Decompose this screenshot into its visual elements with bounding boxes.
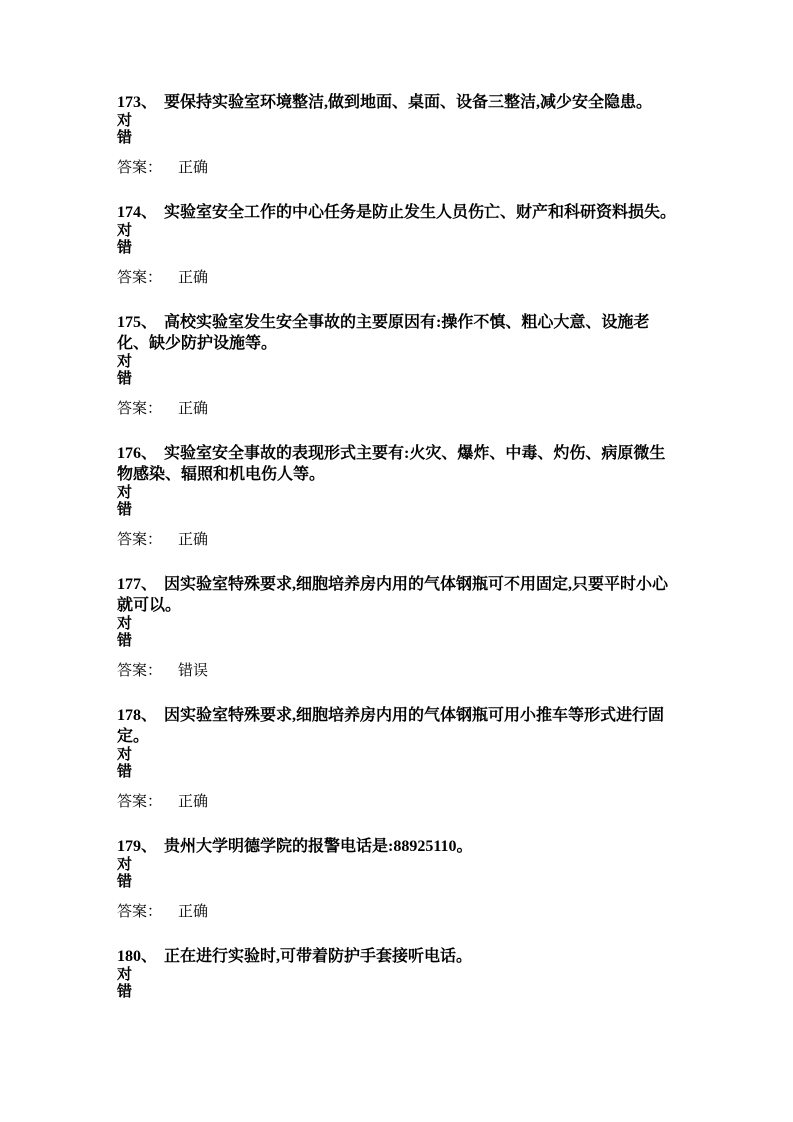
question-block: 175、高校实验室发生安全事故的主要原因有:操作不慎、粗心大意、设施老化、缺少防… [117, 312, 680, 418]
question-text: 174、实验室安全工作的中心任务是防止发生人员伤亡、财产和科研资料损失。 [117, 202, 680, 223]
question-block: 174、实验室安全工作的中心任务是防止发生人员伤亡、财产和科研资料损失。 对 错… [117, 202, 680, 287]
answer-label: 答案： [117, 270, 162, 286]
question-body: 高校实验室发生安全事故的主要原因有:操作不慎、粗心大意、设施老化、缺少防护设施等… [117, 314, 649, 352]
answer-row: 答案：正确 [117, 160, 680, 177]
option-true: 对 [117, 967, 680, 984]
question-block: 180、正在进行实验时,可带着防护手套接听电话。 对 错 [117, 946, 680, 1001]
option-false: 错 [117, 240, 680, 257]
option-true: 对 [117, 747, 680, 764]
question-body: 正在进行实验时,可带着防护手套接听电话。 [164, 948, 472, 965]
answer-label: 答案： [117, 794, 162, 810]
option-true: 对 [117, 113, 680, 130]
answer-label: 答案： [117, 904, 162, 920]
answer-value: 正确 [178, 532, 208, 548]
answer-value: 正确 [178, 794, 208, 810]
option-true: 对 [117, 223, 680, 240]
question-block: 177、因实验室特殊要求,细胞培养房内用的气体钢瓶可不用固定,只要平时小心就可以… [117, 574, 680, 680]
question-number: 175、 [117, 314, 164, 331]
option-true: 对 [117, 354, 680, 371]
answer-label: 答案： [117, 160, 162, 176]
option-true: 对 [117, 485, 680, 502]
answer-label: 答案： [117, 532, 162, 548]
answer-value: 正确 [178, 270, 208, 286]
question-block: 173、要保持实验室环境整洁,做到地面、桌面、设备三整洁,减少安全隐患。 对 错… [117, 92, 680, 177]
answer-value: 正确 [178, 160, 208, 176]
question-number: 178、 [117, 707, 164, 724]
question-text: 176、实验室安全事故的表现形式主要有:火灾、爆炸、中毒、灼伤、病原微生物感染、… [117, 443, 680, 485]
option-false: 错 [117, 874, 680, 891]
answer-label: 答案： [117, 401, 162, 417]
question-body: 要保持实验室环境整洁,做到地面、桌面、设备三整洁,减少安全隐患。 [164, 94, 652, 111]
answer-value: 错误 [178, 663, 208, 679]
answer-row: 答案：正确 [117, 401, 680, 418]
question-block: 176、实验室安全事故的表现形式主要有:火灾、爆炸、中毒、灼伤、病原微生物感染、… [117, 443, 680, 549]
question-number: 177、 [117, 576, 164, 593]
option-false: 错 [117, 764, 680, 781]
option-false: 错 [117, 130, 680, 147]
question-body: 因实验室特殊要求,细胞培养房内用的气体钢瓶可用小推车等形式进行固定。 [117, 707, 664, 745]
answer-row: 答案：正确 [117, 270, 680, 287]
option-false: 错 [117, 984, 680, 1001]
answer-row: 答案：正确 [117, 794, 680, 811]
answer-row: 答案：错误 [117, 663, 680, 680]
option-false: 错 [117, 371, 680, 388]
question-text: 178、因实验室特殊要求,细胞培养房内用的气体钢瓶可用小推车等形式进行固定。 [117, 705, 680, 747]
question-number: 179、 [117, 838, 164, 855]
question-text: 180、正在进行实验时,可带着防护手套接听电话。 [117, 946, 680, 967]
question-text: 179、贵州大学明德学院的报警电话是:88925110。 [117, 836, 680, 857]
answer-label: 答案： [117, 663, 162, 679]
option-true: 对 [117, 616, 680, 633]
document-page: 173、要保持实验室环境整洁,做到地面、桌面、设备三整洁,减少安全隐患。 对 错… [0, 0, 790, 1001]
question-block: 179、贵州大学明德学院的报警电话是:88925110。 对 错 答案：正确 [117, 836, 680, 921]
option-false: 错 [117, 633, 680, 650]
question-text: 173、要保持实验室环境整洁,做到地面、桌面、设备三整洁,减少安全隐患。 [117, 92, 680, 113]
answer-value: 正确 [178, 401, 208, 417]
question-block: 178、因实验室特殊要求,细胞培养房内用的气体钢瓶可用小推车等形式进行固定。 对… [117, 705, 680, 811]
question-text: 177、因实验室特殊要求,细胞培养房内用的气体钢瓶可不用固定,只要平时小心就可以… [117, 574, 680, 616]
question-body: 贵州大学明德学院的报警电话是:88925110。 [164, 838, 472, 855]
question-number: 176、 [117, 445, 164, 462]
question-body: 实验室安全事故的表现形式主要有:火灾、爆炸、中毒、灼伤、病原微生物感染、辐照和机… [117, 445, 665, 483]
option-true: 对 [117, 857, 680, 874]
question-body: 实验室安全工作的中心任务是防止发生人员伤亡、财产和科研资料损失。 [164, 204, 676, 221]
question-number: 180、 [117, 948, 164, 965]
question-number: 173、 [117, 94, 164, 111]
question-body: 因实验室特殊要求,细胞培养房内用的气体钢瓶可不用固定,只要平时小心就可以。 [117, 576, 668, 614]
answer-row: 答案：正确 [117, 904, 680, 921]
answer-value: 正确 [178, 904, 208, 920]
question-number: 174、 [117, 204, 164, 221]
answer-row: 答案：正确 [117, 532, 680, 549]
option-false: 错 [117, 502, 680, 519]
question-text: 175、高校实验室发生安全事故的主要原因有:操作不慎、粗心大意、设施老化、缺少防… [117, 312, 680, 354]
